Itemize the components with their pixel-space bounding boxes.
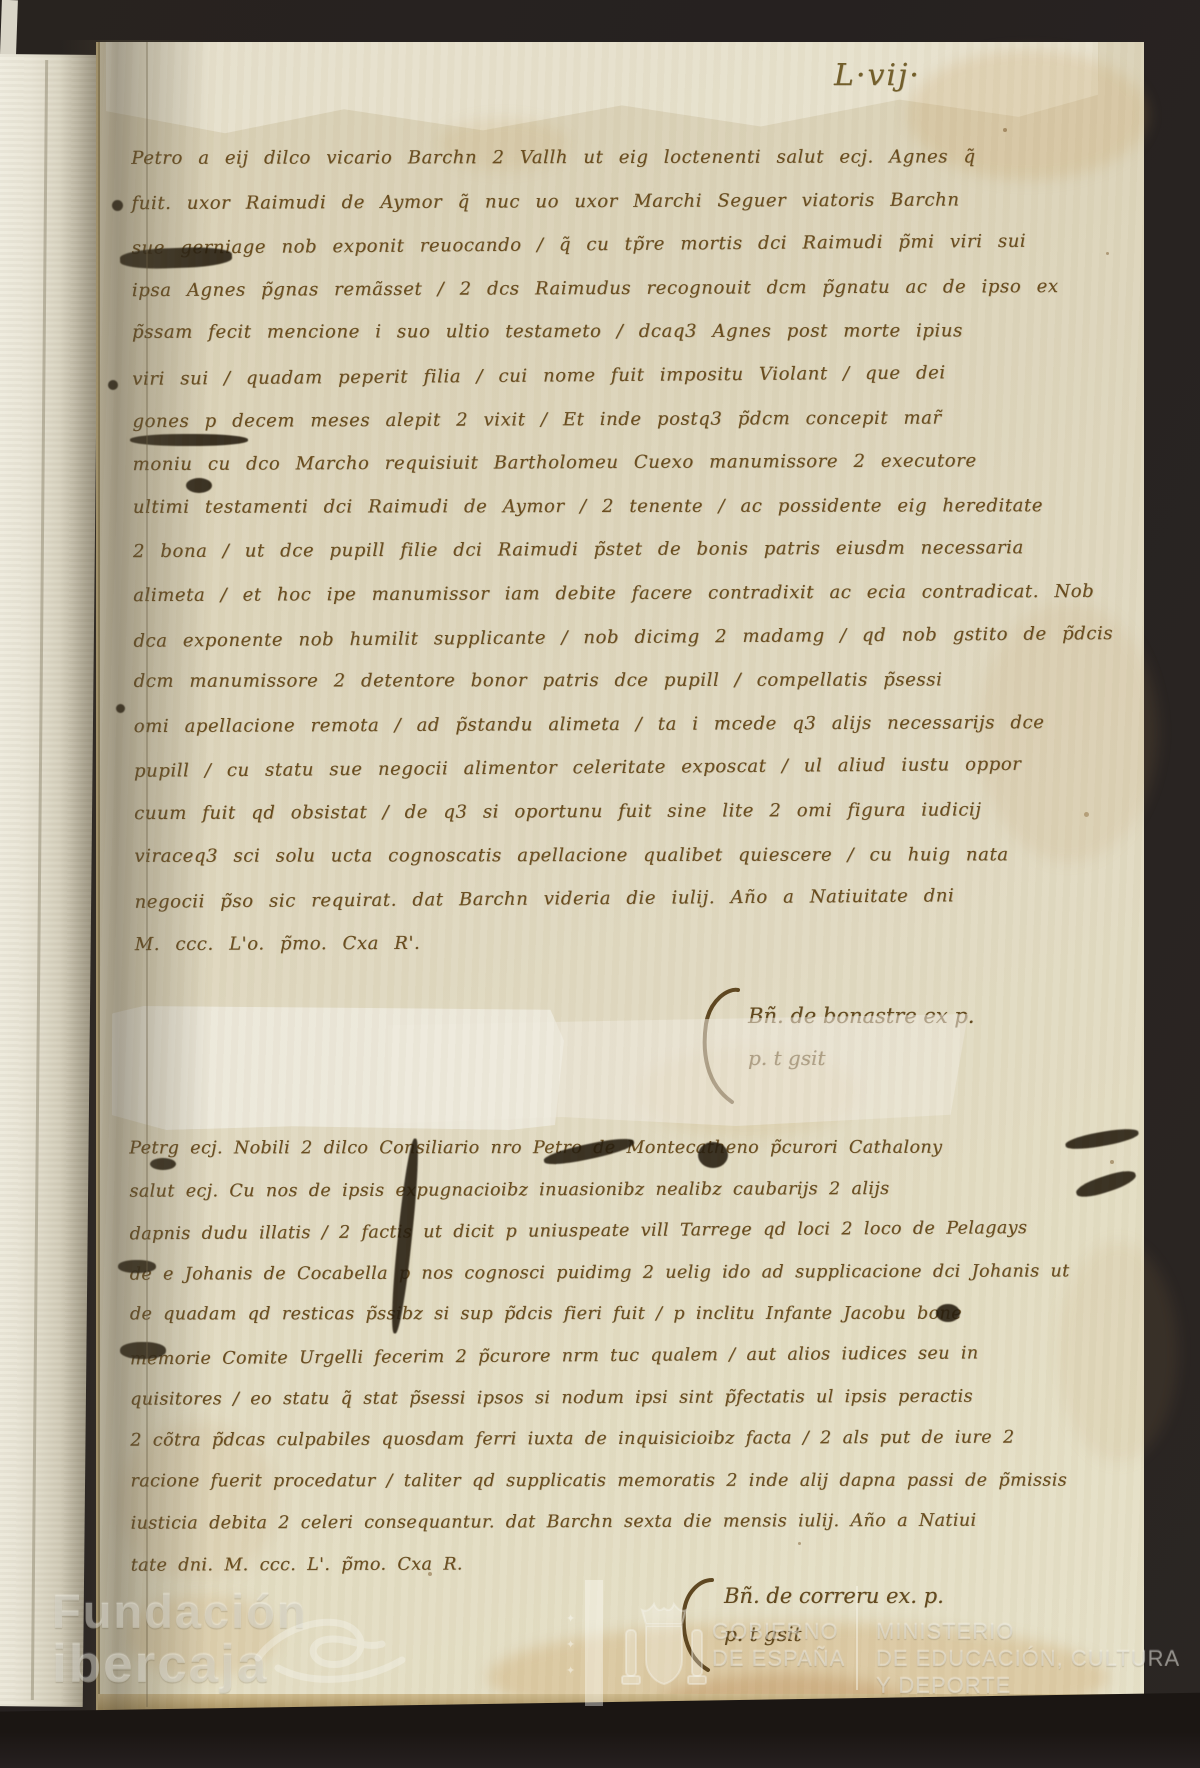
manuscript-text-line: p̃ssam fecit mencione i suo ultio testam… <box>132 310 1092 355</box>
stain <box>1058 1242 1178 1462</box>
signature-1-note: p. t gsit <box>748 1046 825 1070</box>
speck <box>1110 1160 1114 1164</box>
watermark-ministerio-line3: Y DEPORTE <box>876 1672 1180 1699</box>
watermark-gobierno: GOBIERNO DE ESPAÑA <box>712 1618 845 1672</box>
ink-blot <box>542 1135 635 1169</box>
ink-blot <box>1074 1167 1138 1201</box>
top-repair-strip <box>106 42 1098 138</box>
manuscript-text-line: gones p decem meses alepit 2 vixit / Et … <box>132 395 1092 443</box>
ink-blot <box>120 246 233 270</box>
ink-blot <box>118 1260 156 1273</box>
manuscript-text-line: salut ecj. Cu nos de ipsis expugnacioibz… <box>129 1168 1089 1213</box>
watermark-divider <box>856 1586 858 1690</box>
manuscript-text-line: ultimi testamenti dci Raimudi de Aymor /… <box>133 484 1093 529</box>
stain <box>908 50 1148 180</box>
ink-blot <box>116 704 125 713</box>
signature-1-name: Bñ. de bonastre ex p. <box>748 1004 974 1028</box>
manuscript-text-line: Petro a eij dilco vicario Barchn 2 Vallh… <box>131 135 1091 180</box>
repair-patch-faint <box>388 1014 968 1126</box>
speck <box>1003 128 1007 132</box>
speck <box>428 1572 432 1576</box>
ink-blot <box>108 380 118 390</box>
stain <box>978 602 1158 862</box>
ink-blot <box>936 1304 960 1322</box>
background-bottom-fill <box>0 1732 1200 1768</box>
manuscript-text-line: cuum fuit qd obsistat / de q3 si oportun… <box>134 788 1094 836</box>
watermark-gobierno-line1: GOBIERNO <box>712 1618 845 1645</box>
flag-bar <box>585 1580 603 1706</box>
manuscript-text-line: iusticia debita 2 celeri consequantur. d… <box>131 1501 1091 1546</box>
ink-blot <box>388 1138 422 1334</box>
manuscript-text-line: ipsa Agnes p̃gnas remãsset / 2 dcs Raimu… <box>132 265 1092 313</box>
speck <box>1106 252 1109 255</box>
manuscript-text-line: viraceq3 sci solu ucta cognoscatis apell… <box>134 833 1094 878</box>
ink-blot <box>186 478 212 493</box>
left-page-stack <box>0 54 100 1707</box>
manuscript-text-line: fuit. uxor Raimudi de Aymor q̃ nuc uo ux… <box>131 178 1091 226</box>
manuscript-text-line: pupill / cu statu sue negocii alimentor … <box>134 743 1094 794</box>
manuscript-paragraph-2: Petrg ecj. Nobili 2 dilco Consiliario nr… <box>129 1126 1091 1587</box>
manuscript-page: L·vij· Petro a eij dilco vicario Barchn … <box>98 42 1144 1714</box>
manuscript-text-line: dca exponente nob humilit supplicante / … <box>133 612 1093 663</box>
star-icon: ✦ <box>566 1664 575 1677</box>
manuscript-text-line: M. ccc. L'o. p̃mo. Cxa R'. <box>135 919 1095 967</box>
manuscript-text-line: Petrg ecj. Nobili 2 dilco Consiliario nr… <box>129 1128 1089 1170</box>
ink-blot <box>1064 1126 1139 1153</box>
speck <box>798 1542 801 1545</box>
ink-blot <box>150 1158 176 1170</box>
manuscript-text-line: 2 cõtra p̃dcas culpabiles quosdam ferri … <box>130 1417 1090 1462</box>
watermark-ministerio-line1: MINISTERIO <box>876 1618 1180 1645</box>
signature-2-name: Bñ. de correru ex. p. <box>724 1584 944 1608</box>
gutter-crease <box>146 42 148 1707</box>
manuscript-paragraph-1: Petro a eij dilco vicario Barchn 2 Vallh… <box>131 134 1095 966</box>
star-icon: ✦ <box>566 1638 575 1651</box>
manuscript-text-line: omi apellacione remota / ad p̃standu ali… <box>134 701 1094 749</box>
manuscript-text-line: 2 bona / ut dce pupill filie dci Raimudi… <box>133 526 1093 574</box>
manuscript-text-line: viri sui / quadam peperit filia / cui no… <box>132 350 1092 401</box>
signature-bracket <box>698 986 750 1106</box>
spain-coat-of-arms-icon <box>620 1596 708 1696</box>
stain <box>438 118 568 170</box>
watermark-gobierno-line2: DE ESPAÑA <box>712 1645 845 1672</box>
ink-blot <box>698 1142 728 1168</box>
speck <box>1084 812 1089 817</box>
manuscript-text-line: dcm manumissore 2 detentore bonor patris… <box>134 658 1094 703</box>
watermark-fundacion-line2: ibercaja <box>52 1634 268 1695</box>
manuscript-text-line: de e Johanis de Cocabella p nos cognosci… <box>130 1251 1090 1296</box>
manuscript-text-line: de quadam qd resticas p̃ssibz si sup p̃d… <box>130 1294 1090 1336</box>
watermark-ministerio: MINISTERIO DE EDUCACIÓN, CULTURA Y DEPOR… <box>876 1618 1180 1699</box>
manuscript-text-line: quisitores / eo statu q̃ stat p̃sessi ip… <box>130 1376 1090 1421</box>
ink-blot <box>112 200 123 211</box>
manuscript-text-line: dapnis dudu illatis / 2 factis ut dicit … <box>129 1208 1089 1256</box>
stain <box>118 1422 278 1582</box>
watermark-ministerio-line2: DE EDUCACIÓN, CULTURA <box>876 1645 1180 1672</box>
manuscript-text-line: memorie Comite Urgelli fecerim 2 p̃curor… <box>130 1333 1090 1381</box>
folio-number: L·vij· <box>834 58 921 93</box>
star-icon: ✦ <box>566 1612 575 1625</box>
manuscript-text-line: alimeta / et hoc ipe manumissor iam debi… <box>133 570 1093 618</box>
stain <box>638 1048 858 1138</box>
manuscript-text-line: sue gerniage nob exponit reuocando / q̃ … <box>132 219 1092 270</box>
manuscript-text-line: negocii p̃so sic requirat. dat Barchn vi… <box>134 873 1094 924</box>
manuscript-text-line: racione fuerit procedatur / taliter qd s… <box>130 1460 1090 1502</box>
ink-blot <box>120 1342 166 1359</box>
repair-patch <box>112 1006 564 1130</box>
manuscript-text-line: moniu cu dco Marcho requisiuit Bartholom… <box>133 439 1093 487</box>
ibercaja-logo <box>252 1608 412 1694</box>
manuscript-photo: L·vij· Petro a eij dilco vicario Barchn … <box>0 0 1200 1768</box>
manuscript-text-line: tate dni. M. ccc. L'. p̃mo. Cxa R. <box>131 1542 1091 1587</box>
